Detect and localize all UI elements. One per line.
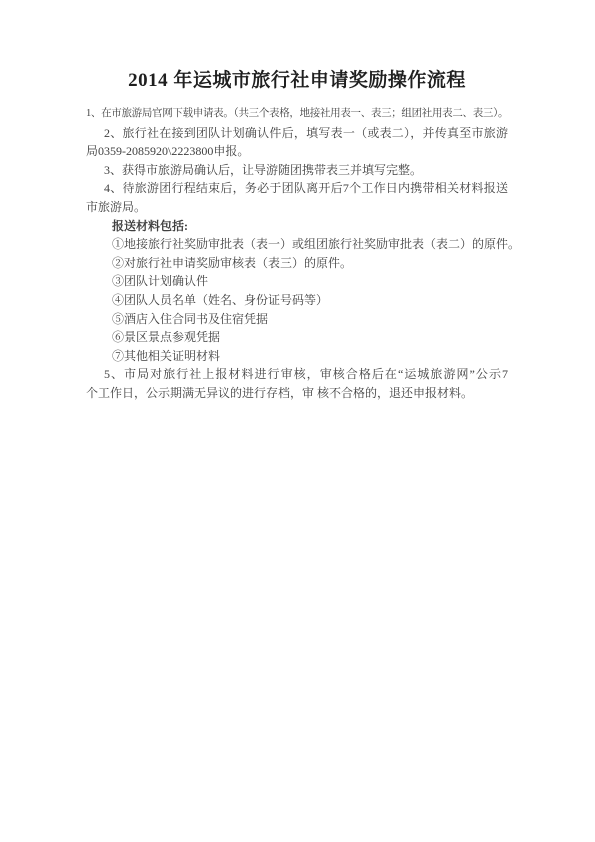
step-1-line: 1、在市旅游局官网下载申请表。（共三个表格，地接社用表一、表三；组团社用表二、表… (86, 105, 508, 124)
step-3-line: 3、获得市旅游局确认后，让导游随团携带表三并填写完整。 (86, 161, 508, 180)
document-page: 2014 年运城市旅行社申请奖励操作流程 1、在市旅游局官网下载申请表。（共三个… (0, 0, 595, 842)
material-item-4: ④团队人员名单（姓名、身份证号码等） (86, 291, 508, 310)
step-4-line-2: 市旅游局。 (86, 198, 508, 217)
material-item-6: ⑥景区景点参观凭据 (86, 328, 508, 347)
material-item-3: ③团队计划确认件 (86, 272, 508, 291)
document-content: 2014 年运城市旅行社申请奖励操作流程 1、在市旅游局官网下载申请表。（共三个… (86, 66, 508, 403)
material-item-5: ⑤酒店入住合同书及住宿凭据 (86, 310, 508, 329)
step-5-line-1: 5、市局对旅行社上报材料进行审核，审核合格后在“运城旅游网”公示7 (86, 365, 508, 384)
material-item-7: ⑦其他相关证明材料 (86, 347, 508, 366)
material-item-1: ①地接旅行社奖励审批表（表一）或组团旅行社奖励审批表（表二）的原件。 (86, 235, 508, 254)
step-5-line-2: 个工作日，公示期满无异议的进行存档，审 核不合格的，退还申报材料。 (86, 384, 508, 403)
material-item-2: ②对旅行社申请奖励审核表（表三）的原件。 (86, 254, 508, 273)
step-2-line-1: 2、旅行社在接到团队计划确认件后，填写表一（或表二），并传真至市旅游 (86, 124, 508, 143)
materials-heading: 报送材料包括: (86, 217, 508, 236)
step-4-line-1: 4、待旅游团行程结束后，务必于团队离开后7个工作日内携带相关材料报送 (86, 179, 508, 198)
step-2-line-2-phone-numbers: 局0359-2085920\2223800申报。 (86, 142, 508, 161)
document-title: 2014 年运城市旅行社申请奖励操作流程 (86, 66, 508, 96)
